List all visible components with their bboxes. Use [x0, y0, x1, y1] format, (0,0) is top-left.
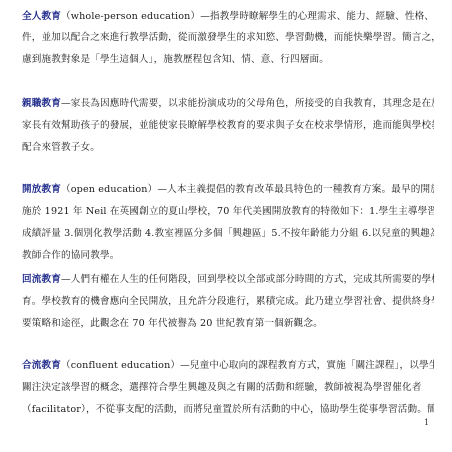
term-whole-person-education: 全人教育	[22, 11, 61, 22]
paragraph-recurrent-line-3: 要策略和途徑，此觀念在 70 年代被譽為 20 世紀教育第一個新觀念。	[22, 316, 434, 332]
paragraph-parental-line-1: 親職教育—家長為因應時代需要，以求能扮演成功的父母角色，所接受的自我教育，其理念…	[22, 96, 434, 112]
paragraph-confluent-line-1: 合流教育（confluent education）—兒童中心取向的課程教育方式，…	[22, 358, 434, 374]
paragraph-confluent-line-3: （facilitator），不從事支配的活動，而將兒童置於所有活動的中心，協助學…	[22, 402, 434, 418]
document-page: 全人教育（whole-person education）—指教學時瞭解學生的心理…	[0, 0, 452, 452]
paragraph-recurrent-line-2: 育。學校教育的機會應向全民開放，且允許分段進行，累積完成。此乃建立學習社會、提供…	[22, 294, 434, 310]
paragraph-open-education-line-2: 施於 1921 年 Neil 在英國創立的夏山學校，70 年代美國開放教育的特徵…	[22, 204, 434, 220]
paragraph-recurrent-line-1: 回流教育—人們有權在人生的任何階段，回到學校以全部或部分時間的方式，完成其所需要…	[22, 272, 434, 288]
paragraph-confluent-line-2: 關注決定該學習的概念，選擇符合學生興趣及與之有關的活動和經驗，教師被視為學習催化…	[22, 380, 434, 396]
paragraph-open-education-line-4: 教師合作的協同教學。	[22, 248, 434, 264]
paragraph-open-education-line-3: 成績評量 3.個別化教學活動 4.教室裡區分多個「興趣區」5.不按年齡能力分組 …	[22, 226, 434, 242]
paragraph-parental-line-2: 家長有效幫助孩子的發展，並能使家長瞭解學校教育的要求與子女在校求學情形，進而能與…	[22, 118, 434, 134]
page-number: 1	[424, 418, 429, 427]
term-confluent-education: 合流教育	[22, 360, 61, 371]
paragraph-whole-person-line-1: 全人教育（whole-person education）—指教學時瞭解學生的心理…	[22, 9, 434, 25]
term-recurrent-education: 回流教育	[22, 274, 61, 285]
term-open-education: 開放教育	[22, 184, 61, 195]
paragraph-parental-line-3: 配合來管教子女。	[22, 140, 434, 156]
paragraph-open-education-line-1: 開放教育（open education）—人本主義提倡的教育改革最具特色的一種教…	[22, 182, 434, 198]
paragraph-whole-person-line-2: 件，並加以配合之來進行教學活動，從而激發學生的求知慾、學習動機，而能快樂學習。簡…	[22, 30, 434, 46]
paragraph-whole-person-line-3: 慮到施教對象是「學生這個人」，施教歷程包含知、情、意、行四層面。	[22, 52, 434, 68]
term-parental-education: 親職教育	[22, 98, 61, 109]
